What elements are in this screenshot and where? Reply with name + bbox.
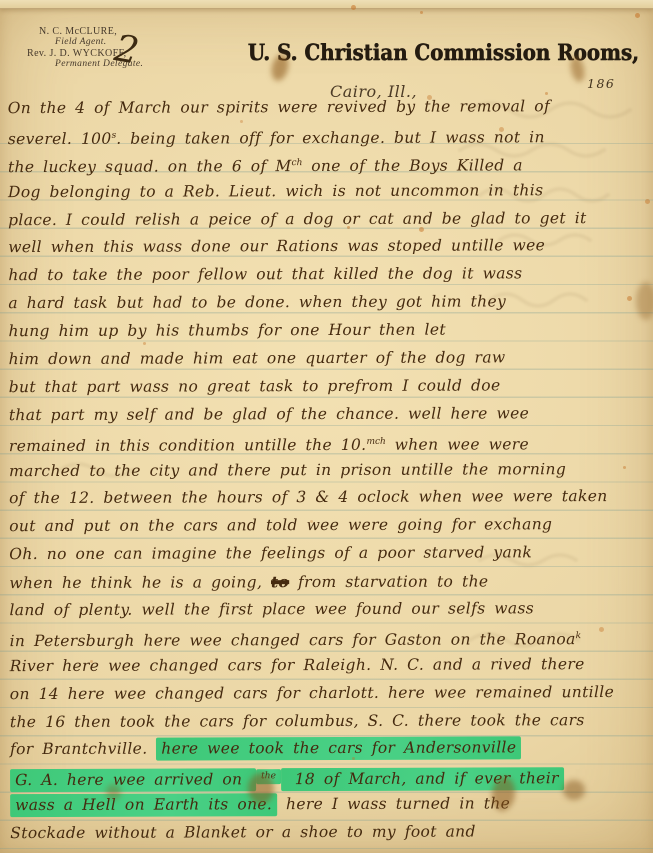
handwritten-text: remained in this condition untille the 1… bbox=[9, 436, 367, 455]
letter-line: severel. 100s. being taken off for excha… bbox=[8, 121, 648, 151]
letter-line: the luckey squad. on the 6 of Mch one of… bbox=[8, 149, 648, 179]
letter-line: Dog belonging to a Reb. Lieut. wich is n… bbox=[8, 177, 648, 207]
letter-line: hung him up by his thumbs for one Hour t… bbox=[8, 316, 648, 346]
handwritten-text: hung him up by his thumbs for one Hour t… bbox=[8, 321, 445, 341]
letter-line: remained in this condition untille the 1… bbox=[9, 428, 649, 458]
letter-line: but that part wass no great task to pref… bbox=[9, 372, 649, 402]
handwritten-text: had to take the poor fellow out that kil… bbox=[8, 265, 522, 285]
handwritten-text: the 16 then took the cars for columbus, … bbox=[10, 711, 585, 731]
handwritten-text: out and put on the cars and told wee wer… bbox=[9, 516, 552, 536]
letter-line: well when this wass done our Rations was… bbox=[8, 232, 648, 262]
dateline-year: 186 bbox=[587, 76, 615, 91]
letter-line: Oh. no one can imagine the feelings of a… bbox=[9, 539, 649, 569]
handwritten-text: when he think he is a going, bbox=[9, 573, 271, 592]
handwritten-text: land of plenty. well the first place wee… bbox=[9, 599, 534, 619]
handwritten-text: the luckey squad. on the 6 of M bbox=[8, 157, 292, 176]
handwritten-text: here I wass turned in the bbox=[277, 795, 510, 814]
letter-body: On the 4 of March our spirits were reviv… bbox=[8, 93, 651, 848]
letter-line: of the 12. between the hours of 3 & 4 oc… bbox=[9, 483, 649, 513]
handwritten-text: one of the Boys Killed a bbox=[302, 156, 523, 175]
letter-page: N. C. McCLURE, Field Agent. Rev. J. D. W… bbox=[0, 0, 653, 853]
highlighted-text: wass a Hell on Earth its one. bbox=[10, 793, 277, 817]
letter-line: out and put on the cars and told wee wer… bbox=[9, 511, 649, 541]
handwritten-text: him down and made him eat one quarter of… bbox=[9, 348, 506, 368]
letter-line: a hard task but had to be done. when the… bbox=[8, 288, 648, 318]
handwritten-text: River here wee changed cars for Raleigh.… bbox=[10, 655, 585, 675]
handwritten-text: Stockade without a Blanket or a shoe to … bbox=[10, 823, 476, 843]
handwritten-text: when wee were bbox=[386, 435, 529, 453]
letter-line: River here wee changed cars for Raleigh.… bbox=[10, 651, 650, 681]
letter-line: On the 4 of March our spirits were reviv… bbox=[8, 93, 648, 123]
letter-line: in Petersburgh here wee changed cars for… bbox=[10, 623, 650, 653]
handwritten-text: but that part wass no great task to pref… bbox=[9, 376, 501, 396]
letter-line: had to take the poor fellow out that kil… bbox=[8, 260, 648, 290]
org-title: U. S. Christian Commission Rooms, bbox=[248, 40, 601, 66]
letter-line: Stockade without a Blanket or a shoe to … bbox=[10, 818, 650, 848]
handwritten-text: on 14 here wee changed cars for charlott… bbox=[10, 683, 614, 703]
handwritten-text: that part my self and be glad of the cha… bbox=[9, 404, 529, 424]
highlighted-text: G. A. here wee arrived on bbox=[10, 769, 256, 793]
handwritten-text: place. I could relish a peice of a dog o… bbox=[8, 209, 587, 229]
handwritten-text: to bbox=[271, 572, 289, 591]
handwritten-text: for Brantchville. bbox=[10, 740, 156, 759]
handwritten-text: ch bbox=[292, 158, 303, 168]
letter-line: him down and made him eat one quarter of… bbox=[9, 344, 649, 374]
handwritten-text: On the 4 of March our spirits were reviv… bbox=[8, 97, 550, 117]
letter-line: G. A. here wee arrived on the 18 of Marc… bbox=[10, 762, 650, 792]
handwritten-text: k bbox=[576, 631, 582, 641]
handwritten-text: Oh. no one can imagine the feelings of a… bbox=[9, 544, 532, 564]
handwritten-text: . being taken off for exchange. but I wa… bbox=[116, 128, 545, 147]
letter-line: marched to the city and there put in pri… bbox=[9, 455, 649, 485]
letter-line: on 14 here wee changed cars for charlott… bbox=[10, 679, 650, 709]
letter-line: when he think he is a going, to from sta… bbox=[9, 567, 649, 597]
handwritten-text: well when this wass done our Rations was… bbox=[8, 237, 545, 257]
letter-line: that part my self and be glad of the cha… bbox=[9, 400, 649, 430]
handwritten-text: a hard task but had to be done. when the… bbox=[8, 293, 506, 313]
handwritten-text: mch bbox=[366, 436, 385, 446]
highlighted-text: 18 of March, and if ever their bbox=[281, 768, 564, 792]
handwritten-text: from starvation to the bbox=[289, 573, 488, 592]
handwritten-text: of the 12. between the hours of 3 & 4 oc… bbox=[9, 487, 608, 507]
handwritten-text: marched to the city and there put in pri… bbox=[9, 460, 566, 480]
letter-line: for Brantchville. here wee took the cars… bbox=[10, 734, 650, 764]
highlighted-text: here wee took the cars for Andersonville bbox=[156, 737, 521, 761]
handwritten-text: Dog belonging to a Reb. Lieut. wich is n… bbox=[8, 181, 543, 201]
handwritten-text: in Petersburgh here wee changed cars for… bbox=[10, 630, 576, 650]
highlighted-text: the bbox=[256, 770, 281, 785]
handwritten-text: severel. 100 bbox=[8, 130, 112, 148]
paper-fold-edge bbox=[0, 0, 653, 9]
letter-line: wass a Hell on Earth its one. here I was… bbox=[10, 790, 650, 820]
letter-line: place. I could relish a peice of a dog o… bbox=[8, 204, 648, 234]
letter-line: the 16 then took the cars for columbus, … bbox=[10, 706, 650, 736]
letter-line: land of plenty. well the first place wee… bbox=[9, 595, 649, 625]
